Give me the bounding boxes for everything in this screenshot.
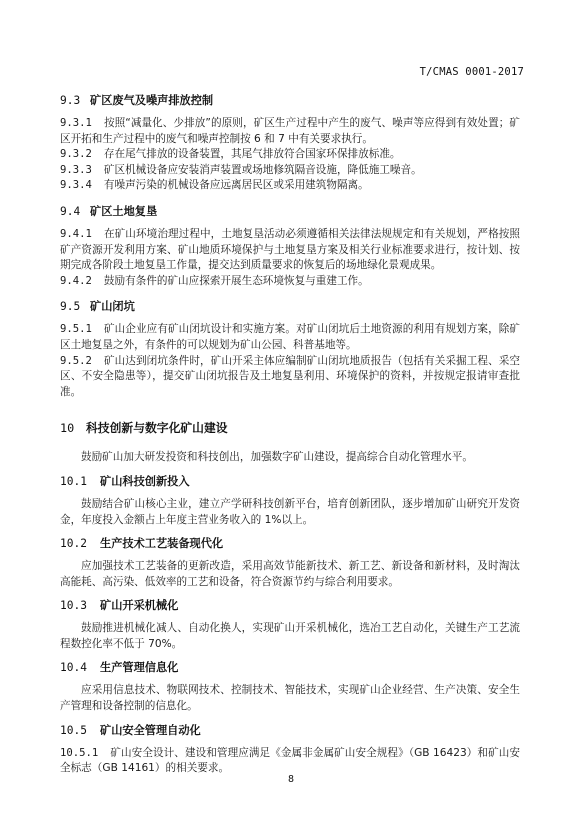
- clause-number: 9.3.4: [60, 178, 92, 194]
- clause-9-3-3: 9.3.3矿区机械设备应安装消声装置或场地修筑隔音设施，降低施工噪音。: [60, 163, 520, 179]
- section-title: 矿区土地复垦: [90, 205, 157, 218]
- section-10-3-text: 鼓励推进机械化减人、自动化换人，实现矿山开采机械化，选冶工艺自动化，关键生产工艺…: [60, 621, 520, 652]
- clause-9-3-4: 9.3.4有噪声污染的机械设备应远离居民区或采用建筑物隔离。: [60, 178, 520, 194]
- heading-10-4: 10.4生产管理信息化: [60, 660, 520, 676]
- clause-number: 9.5.2: [60, 354, 92, 370]
- clause-number: 9.3.2: [60, 147, 92, 163]
- heading-9-5: 9.5矿山闭坑: [60, 299, 520, 315]
- section-number: 9.5: [60, 299, 90, 315]
- clause-10-5-1: 10.5.1矿山安全设计、建设和管理应满足《金属非金属矿山安全规程》（GB 16…: [60, 746, 520, 777]
- clause-number: 9.3.3: [60, 163, 92, 179]
- clause-text: 在矿山环境治理过程中，土地复垦活动必须遵循相关法律法规规定和有关规划，严格按照矿…: [60, 228, 520, 271]
- clause-number: 9.5.1: [60, 322, 92, 338]
- chapter-title: 科技创新与数字化矿山建设: [86, 421, 228, 435]
- section-number: 10.4: [60, 660, 100, 676]
- section-title: 生产技术工艺装备现代化: [100, 537, 223, 550]
- clause-text: 矿区机械设备应安装消声装置或场地修筑隔音设施，降低施工噪音。: [104, 164, 422, 176]
- section-number: 10.3: [60, 598, 100, 614]
- heading-10: 10科技创新与数字化矿山建设: [60, 420, 520, 437]
- section-number: 9.3: [60, 93, 90, 109]
- section-number: 10.1: [60, 474, 100, 490]
- section-10-4-text: 应采用信息技术、物联网技术、控制技术、智能技术，实现矿山企业经营、生产决策、安全…: [60, 683, 520, 714]
- clause-9-3-1: 9.3.1按照“减量化、少排放”的原则，矿区生产过程中产生的废气、噪声等应得到有…: [60, 116, 520, 147]
- document-id: T/CMAS 0001-2017: [420, 66, 524, 78]
- clause-9-5-2: 9.5.2矿山达到闭坑条件时，矿山开采主体应编制矿山闭坑地质报告（包括有关采掘工…: [60, 354, 520, 401]
- page-content: 9.3矿区废气及噪声排放控制 9.3.1按照“减量化、少排放”的原则，矿区生产过…: [60, 88, 520, 777]
- heading-10-3: 10.3矿山开采机械化: [60, 598, 520, 614]
- clause-text: 按照“减量化、少排放”的原则，矿区生产过程中产生的废气、噪声等应得到有效处置；矿…: [60, 117, 520, 145]
- clause-text: 鼓励有条件的矿山应探索开展生态环境恢复与重建工作。: [104, 275, 369, 287]
- chapter-number: 10: [60, 420, 86, 437]
- section-number: 9.4: [60, 204, 90, 220]
- section-number: 10.5: [60, 723, 100, 739]
- document-page: T/CMAS 0001-2017 9.3矿区废气及噪声排放控制 9.3.1按照“…: [0, 0, 582, 834]
- clause-number: 9.4.2: [60, 274, 92, 290]
- section-title: 矿山安全管理自动化: [100, 724, 201, 737]
- clause-text: 存在尾气排放的设备装置，其尾气排放符合国家环保排放标准。: [104, 148, 401, 160]
- clause-number: 9.3.1: [60, 116, 92, 132]
- chapter-10-intro: 鼓励矿山加大研发投资和科技创出，加强数字矿山建设，提高综合自动化管理水平。: [60, 450, 520, 466]
- section-title: 矿山闭坑: [90, 300, 135, 313]
- section-10-2-text: 应加强技术工艺装备的更新改造，采用高效节能新技术、新工艺、新设备和新材料，及时淘…: [60, 559, 520, 590]
- clause-text: 有噪声污染的机械设备应远离居民区或采用建筑物隔离。: [104, 179, 369, 191]
- clause-number: 9.4.1: [60, 227, 92, 243]
- clause-9-5-1: 9.5.1矿山企业应有矿山闭坑设计和实施方案。对矿山闭坑后土地资源的利用有规划方…: [60, 322, 520, 353]
- clause-text: 矿山达到闭坑条件时，矿山开采主体应编制矿山闭坑地质报告（包括有关采掘工程、采空区…: [60, 355, 520, 398]
- heading-9-3: 9.3矿区废气及噪声排放控制: [60, 93, 520, 109]
- clause-text: 矿山企业应有矿山闭坑设计和实施方案。对矿山闭坑后土地资源的利用有规划方案，除矿区…: [60, 323, 520, 351]
- section-title: 生产管理信息化: [100, 661, 178, 674]
- section-10-1-text: 鼓励结合矿山核心主业，建立产学研科技创新平台，培育创新团队，逐步增加矿山研究开发…: [60, 497, 520, 528]
- clause-text: 矿山安全设计、建设和管理应满足《金属非金属矿山安全规程》（GB 16423）和矿…: [60, 747, 520, 775]
- section-title: 矿山开采机械化: [100, 599, 178, 612]
- clause-number: 10.5.1: [60, 746, 98, 762]
- heading-10-2: 10.2生产技术工艺装备现代化: [60, 536, 520, 552]
- section-title: 矿区废气及噪声排放控制: [90, 94, 213, 107]
- heading-10-5: 10.5矿山安全管理自动化: [60, 723, 520, 739]
- heading-10-1: 10.1矿山科技创新投入: [60, 474, 520, 490]
- clause-9-4-1: 9.4.1在矿山环境治理过程中，土地复垦活动必须遵循相关法律法规规定和有关规划，…: [60, 227, 520, 274]
- clause-9-3-2: 9.3.2存在尾气排放的设备装置，其尾气排放符合国家环保排放标准。: [60, 147, 520, 163]
- section-title: 矿山科技创新投入: [100, 475, 190, 488]
- clause-9-4-2: 9.4.2鼓励有条件的矿山应探索开展生态环境恢复与重建工作。: [60, 274, 520, 290]
- section-number: 10.2: [60, 536, 100, 552]
- page-number: 8: [0, 774, 582, 785]
- heading-9-4: 9.4矿区土地复垦: [60, 204, 520, 220]
